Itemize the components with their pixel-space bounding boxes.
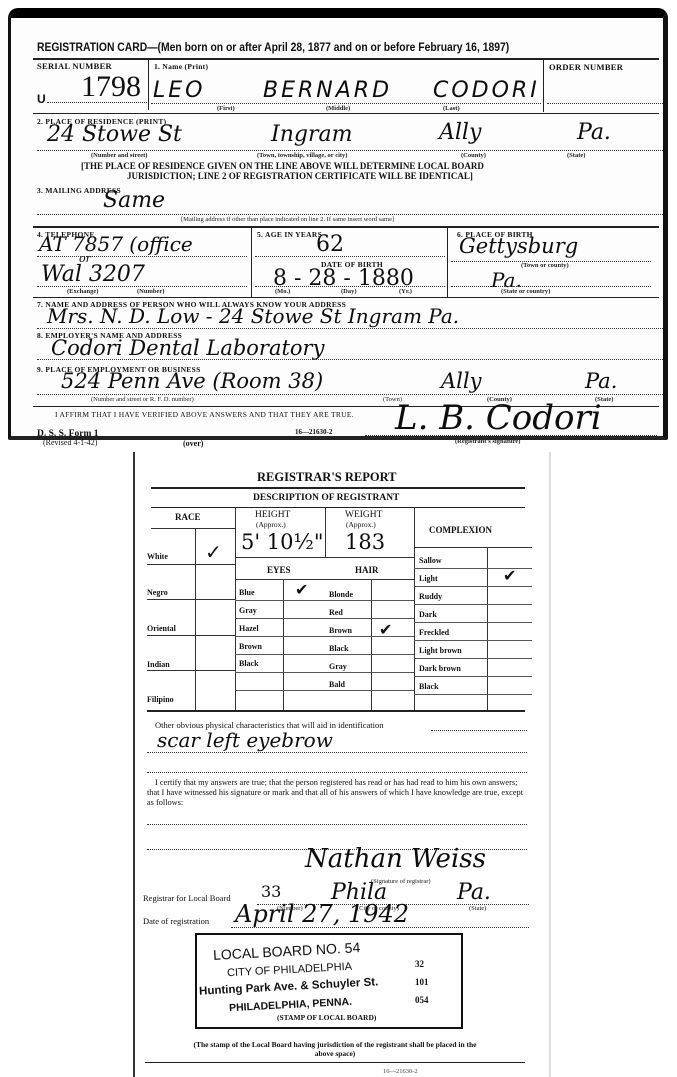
height-approx: (Approx.) xyxy=(256,520,286,529)
number-sublabel: (Number) xyxy=(137,288,164,295)
exchange-sublabel: (Exchange) xyxy=(67,288,98,295)
other-characteristics-value: scar left eyebrow xyxy=(157,728,333,752)
divider xyxy=(235,672,414,673)
divider xyxy=(414,604,532,605)
divider xyxy=(414,622,532,623)
hair-header: HAIR xyxy=(355,565,379,575)
order-number-line xyxy=(547,103,663,104)
contact-value: Mrs. N. D. Low - 24 Stowe St Ingram Pa. xyxy=(47,304,459,328)
telephone-line xyxy=(37,286,247,287)
local-board-state: Pa. xyxy=(457,880,491,905)
divider xyxy=(145,1062,525,1063)
registration-date-label: Date of registration xyxy=(143,916,209,926)
order-number-label: ORDER NUMBER xyxy=(549,62,623,72)
divider xyxy=(147,564,235,565)
serial-prefix: U xyxy=(37,92,46,106)
telephone-line2: Wal 3207 xyxy=(41,262,145,287)
race-check-icon: ✓ xyxy=(205,540,222,564)
divider xyxy=(487,547,488,710)
town-sublabel: (Town, township, village, or city) xyxy=(257,152,347,159)
stamp-note: (The stamp of the Local Board having jur… xyxy=(193,1040,477,1058)
residence-state: Pa. xyxy=(577,120,611,145)
age-line xyxy=(255,256,445,257)
stamp-caption: (STAMP OF LOCAL BOARD) xyxy=(277,1013,376,1022)
last-sublabel: (Last) xyxy=(443,105,460,112)
divider xyxy=(151,507,525,508)
eyes-brown: Brown xyxy=(239,642,262,651)
county-sublabel: (County) xyxy=(461,152,486,159)
divider xyxy=(414,568,532,569)
date-line xyxy=(231,927,529,928)
height-value: 5' 10½" xyxy=(241,530,324,554)
divider xyxy=(414,507,415,710)
divider xyxy=(147,635,235,636)
print-code: 16—21630-2 xyxy=(383,1068,418,1075)
divider xyxy=(147,599,235,600)
name-label: 1. Name (Print) xyxy=(154,62,208,71)
divider xyxy=(235,579,414,580)
complexion-dark: Dark xyxy=(419,610,437,619)
report-title: REGISTRAR'S REPORT xyxy=(257,470,397,485)
weight-value: 183 xyxy=(345,530,385,554)
divider xyxy=(33,58,659,60)
hair-brown: Brown xyxy=(329,626,352,635)
exceptions-line xyxy=(147,824,527,825)
contact-line xyxy=(37,328,663,329)
hair-black: Black xyxy=(329,644,349,653)
dob-line xyxy=(255,286,445,287)
birthplace-town: Gettysburg xyxy=(459,234,578,258)
complexion-light: Light xyxy=(419,574,438,583)
divider xyxy=(151,487,525,489)
race-negro: Negro xyxy=(147,588,168,597)
mailing-line xyxy=(37,214,663,215)
street-sublabel: (Number and street or R. F. D. number) xyxy=(91,396,194,403)
board-state-sublabel: (State) xyxy=(469,905,486,912)
year-sublabel: (Yr.) xyxy=(399,288,412,295)
stamp-num2: 101 xyxy=(415,977,429,987)
divider xyxy=(148,60,149,110)
day-sublabel: (Day) xyxy=(341,288,357,295)
residence-county: Ally xyxy=(439,120,481,145)
hair-blonde: Blonde xyxy=(329,590,353,599)
complexion-freckled: Freckled xyxy=(419,628,449,637)
other-line xyxy=(147,752,527,753)
divider xyxy=(235,507,236,710)
signature-sublabel: (Registrant's signature) xyxy=(455,438,520,445)
stamp-line2: CITY OF PHILADELPHIA xyxy=(227,961,353,980)
divider xyxy=(33,297,659,298)
eyes-blue: Blue xyxy=(239,588,255,597)
eyes-hazel: Hazel xyxy=(239,624,259,633)
certify-statement: I certify that my answers are true; that… xyxy=(147,778,529,808)
serial-number-value: 1798 xyxy=(81,70,141,104)
eyes-black: Black xyxy=(239,659,259,668)
telephone-line1: AT 7857 (office xyxy=(39,232,193,256)
divider xyxy=(414,694,532,695)
other-line xyxy=(431,730,527,731)
divider xyxy=(195,528,196,710)
month-sublabel: (Mo.) xyxy=(275,288,290,295)
race-white: White xyxy=(147,552,168,561)
stamp-num1: 32 xyxy=(415,959,424,969)
employment-county: Ally xyxy=(441,369,481,393)
complexion-sallow: Sallow xyxy=(419,556,442,565)
divider xyxy=(325,507,326,557)
stamp-line1: LOCAL BOARD NO. 54 xyxy=(213,939,361,963)
divider xyxy=(543,60,544,112)
stamp-line4: PHILADELPHIA, PENNA. xyxy=(229,996,353,1014)
over-note: (over) xyxy=(183,439,203,448)
name-last: CODORI xyxy=(433,78,540,103)
employment-street: 524 Penn Ave (Room 38) xyxy=(61,369,323,393)
form-revised: (Revised 4-1-42) xyxy=(43,438,97,447)
state-sublabel: (State) xyxy=(567,152,585,159)
stamp-line3: Hunting Park Ave. & Schuyler St. xyxy=(199,976,379,997)
complexion-light-brown: Light brown xyxy=(419,646,462,655)
local-board-label: Registrar for Local Board xyxy=(143,893,231,903)
affirm-statement: I Affirm That I Have Verified Above Answ… xyxy=(55,410,354,419)
residence-notice-line1: [THE PLACE OF RESIDENCE GIVEN ON THE LIN… xyxy=(81,161,484,171)
complexion-header: COMPLEXION xyxy=(429,525,492,535)
divider xyxy=(147,710,525,712)
registration-card-front: REGISTRATION CARD—(Men born on or after … xyxy=(8,8,668,440)
registrar-signature: Nathan Weiss xyxy=(305,844,486,874)
divider xyxy=(235,654,414,655)
complexion-ruddy: Ruddy xyxy=(419,592,442,601)
divider xyxy=(414,547,532,548)
complexion-dark-brown: Dark brown xyxy=(419,664,461,673)
print-code: 16—21630-2 xyxy=(295,428,332,436)
divider xyxy=(414,640,532,641)
age-label: 5. Age in Years xyxy=(257,230,322,239)
employment-state: Pa. xyxy=(585,369,617,393)
telephone-line xyxy=(37,256,247,257)
residence-street: 24 Stowe St xyxy=(47,122,182,147)
height-header: HEIGHT xyxy=(255,510,290,520)
birthplace-town-sublabel: (Town or county) xyxy=(521,262,569,269)
divider xyxy=(251,226,252,298)
divider xyxy=(235,690,414,691)
name-middle: BERNARD xyxy=(263,78,392,103)
divider xyxy=(447,226,448,298)
hair-bald: Bald xyxy=(329,680,345,689)
street-sublabel: (Number and street) xyxy=(91,152,147,159)
divider xyxy=(414,586,532,587)
local-board-stamp: LOCAL BOARD NO. 54 CITY OF PHILADELPHIA … xyxy=(195,933,463,1029)
local-board-number: 33 xyxy=(261,882,281,901)
mailing-address-value: Same xyxy=(103,188,165,213)
description-title: DESCRIPTION OF REGISTRANT xyxy=(253,493,399,503)
birthplace-line xyxy=(451,286,651,287)
weight-header: WEIGHT xyxy=(345,510,382,520)
birthplace-state-sublabel: (State or country) xyxy=(501,288,550,295)
divider xyxy=(151,528,235,529)
divider xyxy=(414,676,532,677)
race-oriental: Oriental xyxy=(147,624,176,633)
first-sublabel: (First) xyxy=(217,105,235,112)
divider xyxy=(33,226,659,228)
other-line xyxy=(147,772,527,773)
middle-sublabel: (Middle) xyxy=(326,105,350,112)
card-title: REGISTRATION CARD—(Men born on or after … xyxy=(37,42,509,54)
registrars-report-back: REGISTRAR'S REPORT DESCRIPTION OF REGIST… xyxy=(133,452,551,1077)
employment-line xyxy=(37,394,663,395)
weight-approx: (Approx.) xyxy=(346,520,376,529)
divider xyxy=(235,557,414,558)
divider xyxy=(235,600,414,601)
stamp-num3: 054 xyxy=(415,995,429,1005)
employer-value: Codori Dental Laboratory xyxy=(51,336,324,360)
race-filipino: Filipino xyxy=(147,695,174,704)
complexion-black: Black xyxy=(419,682,439,691)
employer-line xyxy=(37,359,663,360)
eyes-gray: Gray xyxy=(239,606,257,615)
race-indian: Indian xyxy=(147,660,170,669)
age-value: 62 xyxy=(316,232,344,257)
race-header: RACE xyxy=(175,512,201,522)
divider xyxy=(235,636,414,637)
residence-notice-line2: JURISDICTION; LINE 2 OF REGISTRATION CER… xyxy=(127,171,473,181)
eyes-header: EYES xyxy=(267,565,291,575)
divider xyxy=(235,618,414,619)
registrant-signature: L. B. Codori xyxy=(395,398,602,438)
divider xyxy=(147,670,235,671)
name-first: LEO xyxy=(153,78,205,103)
residence-line xyxy=(37,150,663,151)
hair-red: Red xyxy=(329,608,343,617)
divider xyxy=(414,658,532,659)
eyes-check-icon: ✔ xyxy=(295,580,308,599)
registration-date-value: April 27, 1942 xyxy=(235,900,409,928)
name-line xyxy=(151,103,541,104)
mailing-note: [Mailing address if other than place ind… xyxy=(181,216,394,223)
divider xyxy=(33,113,659,114)
hair-gray: Gray xyxy=(329,662,347,671)
residence-town: Ingram xyxy=(271,122,352,147)
